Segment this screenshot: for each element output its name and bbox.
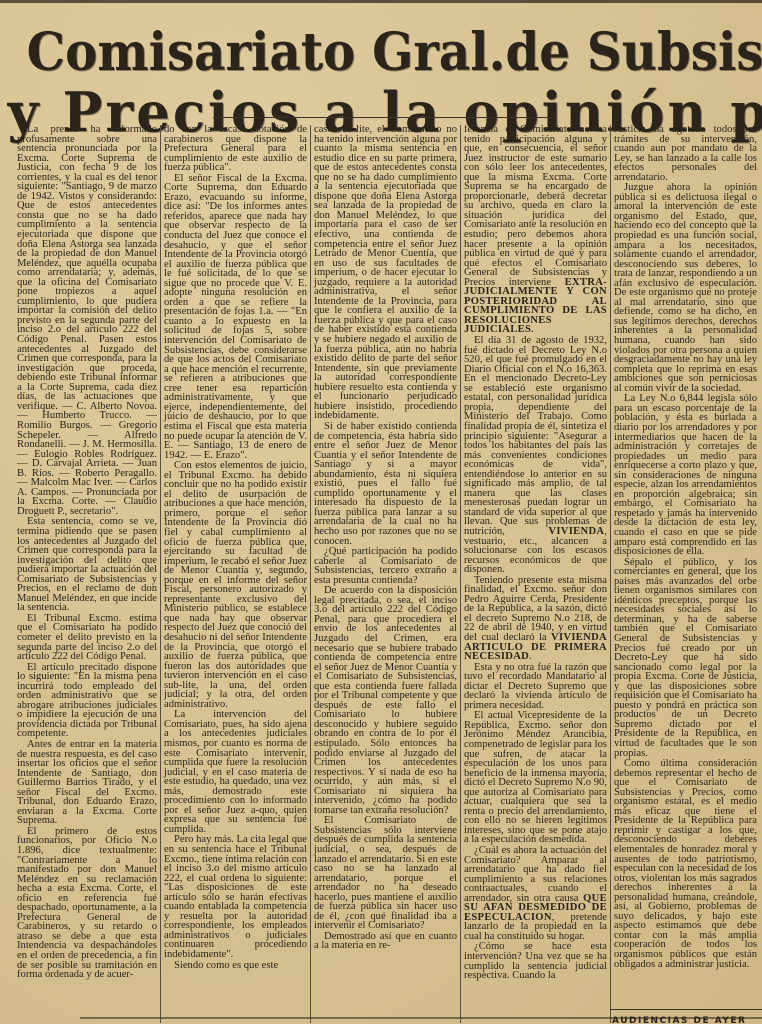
- article-paragraph: Como última consideración debemos repres…: [614, 759, 757, 969]
- article-paragraph: El primero de estos funcionarios, por Of…: [17, 827, 157, 980]
- article-paragraph: El día 31 de agosto de 1932, fué dictado…: [464, 336, 607, 575]
- article-paragraph: Antes de entrar en la materia de nuestra…: [17, 740, 157, 826]
- next-article-heading: AUDIENCIAS DE AYER: [612, 1016, 762, 1024]
- headline-line-1: Comisariato Gral.de Subsistencias: [27, 23, 736, 83]
- article-body: La prensa ha informado profusamente sobr…: [17, 125, 762, 1023]
- article-paragraph: ¿Qué participación ha podido caberle al …: [314, 547, 457, 585]
- article-paragraph: Teniendo presente esta misma finalidad, …: [464, 576, 607, 662]
- article-paragraph: El señor Fiscal de la Excma. Corte Supre…: [164, 174, 307, 460]
- article-paragraph: El actual Vicepresidente de la República…: [464, 711, 607, 845]
- headline-divider: [213, 117, 555, 118]
- article-paragraph: ¿Cuál es ahora la actuación del Comisari…: [464, 846, 607, 941]
- article-column-1: La prensa ha informado profusamente sobr…: [17, 125, 160, 1023]
- article-paragraph: De acuerdo con la disposición legal prec…: [314, 586, 457, 815]
- article-paragraph: Con estos elementos de juicio, el Tribun…: [164, 461, 307, 709]
- article-paragraph: Justicia ha agotado todos los trámites d…: [614, 125, 757, 182]
- article-paragraph: Siendo como es que este: [164, 961, 307, 971]
- top-rule: [0, 0, 762, 3]
- article-column-5: Justicia ha agotado todos los trámites d…: [610, 125, 760, 1023]
- article-paragraph: caso sub-lite, el Comisariato no ha teni…: [314, 125, 457, 421]
- article-column-3: caso sub-lite, el Comisariato no ha teni…: [310, 125, 460, 1023]
- article-paragraph: Demostrado así que en cuanto a la materi…: [314, 932, 457, 951]
- article-paragraph: Sépalo el público, y los comerciantes en…: [614, 558, 757, 758]
- article-paragraph: El artículo precitado dispone lo siguien…: [17, 663, 157, 739]
- article-paragraph: Esta sentencia, como se ve, termina pidi…: [17, 517, 157, 612]
- headline: Comisariato Gral.de Subsistencias y Prec…: [0, 23, 762, 141]
- article-paragraph: El Comisariato de Subsistencias sólo int…: [314, 816, 457, 931]
- article-paragraph: Juzgue ahora la opinión pública si es de…: [614, 183, 757, 393]
- article-column-2: do con la escasa dotación de carabineros…: [160, 125, 310, 1023]
- article-paragraph: do con la escasa dotación de carabineros…: [164, 125, 307, 173]
- article-paragraph: Si de haber existido contienda de compet…: [314, 422, 457, 546]
- article-column-4: ferencia el Comisariato no ha tenido par…: [460, 125, 610, 1023]
- column-end-rule: [610, 1009, 762, 1010]
- article-paragraph: La intervención del Comisariato, pues, h…: [164, 710, 307, 834]
- article-paragraph: El Tribunal Excmo. estima que el Comisar…: [17, 614, 157, 662]
- article-paragraph: ferencia el Comisariato no ha tenido par…: [464, 125, 607, 335]
- article-paragraph: La prensa ha informado profusamente sobr…: [17, 125, 157, 516]
- article-paragraph: La Ley N.o 6,844 legisla sólo para un es…: [614, 394, 757, 556]
- article-paragraph: ¿Cómo se hace esta intervención? Una vez…: [464, 942, 607, 980]
- article-paragraph: Esta y no otra fué la razón que tuvo el …: [464, 663, 607, 711]
- article-paragraph: Pero hay más. La cita legal que en su se…: [164, 835, 307, 959]
